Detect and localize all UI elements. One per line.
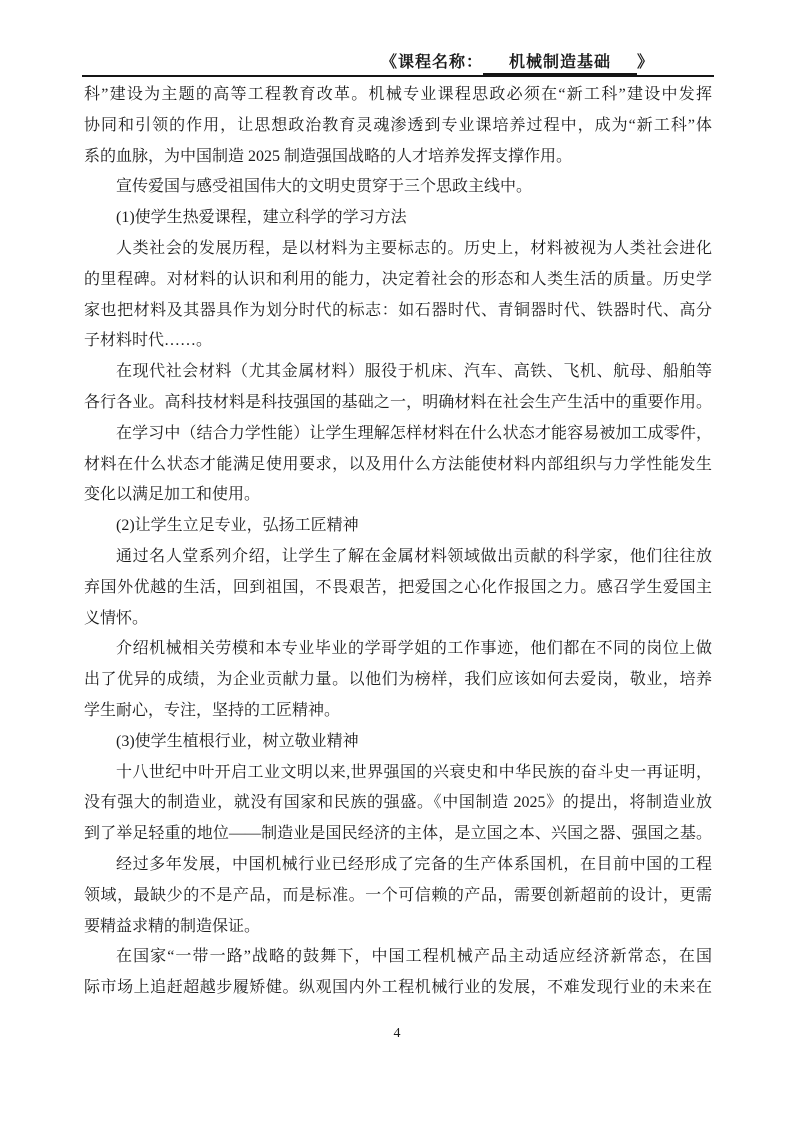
text-line: 在学习中（结合力学性能）让学生理解怎样材料在什么状态才能容易被加工成零件， — [84, 419, 712, 450]
paragraph: 经过多年发展，中国机械行业已经形成了完备的生产体系国机，在目前中国的工程领域，最… — [84, 850, 712, 942]
text-line: 出了优异的成绩，为企业贡献力量。以他们为榜样，我们应该如何去爱岗，敬业，培养 — [84, 665, 712, 696]
page-header: 《课程名称：机械制造基础》 — [82, 53, 714, 77]
text-line: 义情怀。 — [84, 604, 712, 635]
text-line: 学生耐心，专注，坚持的工匠精神。 — [84, 696, 712, 727]
paragraph: (3)使学生植根行业，树立敬业精神 — [84, 727, 712, 758]
paragraph: 在学习中（结合力学性能）让学生理解怎样材料在什么状态才能容易被加工成零件，材料在… — [84, 419, 712, 511]
text-line: 没有强大的制造业，就没有国家和民族的强盛。《中国制造 2025》的提出，将制造业… — [84, 788, 712, 819]
text-line: 系的血脉，为中国制造 2025 制造强国战略的人才培养发挥支撑作用。 — [84, 142, 712, 173]
text-line: 宣传爱国与感受祖国伟大的文明史贯穿于三个思政主线中。 — [84, 172, 712, 203]
text-line: 人类社会的发展历程，是以材料为主要标志的。历史上，材料被视为人类社会进化 — [84, 234, 712, 265]
text-line: 在现代社会材料（尤其金属材料）服役于机床、汽车、高铁、飞机、航母、船舶等 — [84, 357, 712, 388]
text-line: 弃国外优越的生活，回到祖国，不畏艰苦，把爱国之心化作报国之力。感召学生爱国主 — [84, 573, 712, 604]
paragraph: 宣传爱国与感受祖国伟大的文明史贯穿于三个思政主线中。 — [84, 172, 712, 203]
text-line: 要精益求精的制造保证。 — [84, 912, 712, 943]
text-line: 各行各业。高科技材料是科技强国的基础之一，明确材料在社会生产生活中的重要作用。 — [84, 388, 712, 419]
document-body: 科”建设为主题的高等工程教育改革。机械专业课程思政必须在“新工科”建设中发挥协同… — [84, 80, 712, 1004]
paragraph: 人类社会的发展历程，是以材料为主要标志的。历史上，材料被视为人类社会进化的里程碑… — [84, 234, 712, 357]
text-line: (1)使学生热爱课程，建立科学的学习方法 — [84, 203, 712, 234]
paragraph: 科”建设为主题的高等工程教育改革。机械专业课程思政必须在“新工科”建设中发挥协同… — [84, 80, 712, 172]
text-line: 在国家“一带一路”战略的鼓舞下，中国工程机械产品主动适应经济新常态，在国 — [84, 942, 712, 973]
text-line: 领域，最缺少的不是产品，而是标准。一个可信赖的产品，需要创新超前的设计，更需 — [84, 881, 712, 912]
text-line: 十八世纪中叶开启工业文明以来,世界强国的兴衰史和中华民族的奋斗史一再证明， — [84, 758, 712, 789]
header-course-name-underline: 机械制造基础 — [483, 53, 637, 75]
paragraph: 在现代社会材料（尤其金属材料）服役于机床、汽车、高铁、飞机、航母、船舶等各行各业… — [84, 357, 712, 419]
paragraph: 通过名人堂系列介绍，让学生了解在金属材料领域做出贡献的科学家，他们往往放弃国外优… — [84, 542, 712, 634]
text-line: 变化以满足加工和使用。 — [84, 480, 712, 511]
text-line: 子材料时代……。 — [84, 326, 712, 357]
text-line: 经过多年发展，中国机械行业已经形成了完备的生产体系国机，在目前中国的工程 — [84, 850, 712, 881]
page-footer: 4 — [0, 1026, 794, 1042]
text-line: 科”建设为主题的高等工程教育改革。机械专业课程思政必须在“新工科”建设中发挥 — [84, 80, 712, 111]
text-line: 材料在什么状态才能满足使用要求，以及用什么方法能使材料内部组织与力学性能发生 — [84, 450, 712, 481]
header-course-name: 机械制造基础 — [509, 54, 611, 71]
paragraph: 十八世纪中叶开启工业文明以来,世界强国的兴衰史和中华民族的奋斗史一再证明，没有强… — [84, 758, 712, 850]
text-line: 际市场上追赶超越步履矫健。纵观国内外工程机械行业的发展，不难发现行业的未来在 — [84, 973, 712, 1004]
header-closing-bracket: 》 — [637, 54, 654, 71]
document-page: 《课程名称：机械制造基础》 科”建设为主题的高等工程教育改革。机械专业课程思政必… — [0, 0, 794, 1123]
text-line: 到了举足轻重的地位——制造业是国民经济的主体，是立国之本、兴国之器、强国之基。 — [84, 819, 712, 850]
paragraph: (2)让学生立足专业，弘扬工匠精神 — [84, 511, 712, 542]
header-course-label: 《课程名称： — [381, 54, 483, 71]
page-number: 4 — [394, 1026, 401, 1041]
text-line: 通过名人堂系列介绍，让学生了解在金属材料领域做出贡献的科学家，他们往往放 — [84, 542, 712, 573]
text-line: (3)使学生植根行业，树立敬业精神 — [84, 727, 712, 758]
text-line: 协同和引领的作用，让思想政治教育灵魂渗透到专业课培养过程中，成为“新工科”体 — [84, 111, 712, 142]
text-line: 介绍机械相关劳模和本专业毕业的学哥学姐的工作事迹，他们都在不同的岗位上做 — [84, 634, 712, 665]
paragraph: 介绍机械相关劳模和本专业毕业的学哥学姐的工作事迹，他们都在不同的岗位上做出了优异… — [84, 634, 712, 726]
text-line: 的里程碑。对材料的认识和利用的能力，决定着社会的形态和人类生活的质量。历史学 — [84, 265, 712, 296]
text-line: 家也把材料及其器具作为划分时代的标志：如石器时代、青铜器时代、铁器时代、高分 — [84, 296, 712, 327]
text-line: (2)让学生立足专业，弘扬工匠精神 — [84, 511, 712, 542]
paragraph: 在国家“一带一路”战略的鼓舞下，中国工程机械产品主动适应经济新常态，在国际市场上… — [84, 942, 712, 1004]
paragraph: (1)使学生热爱课程，建立科学的学习方法 — [84, 203, 712, 234]
